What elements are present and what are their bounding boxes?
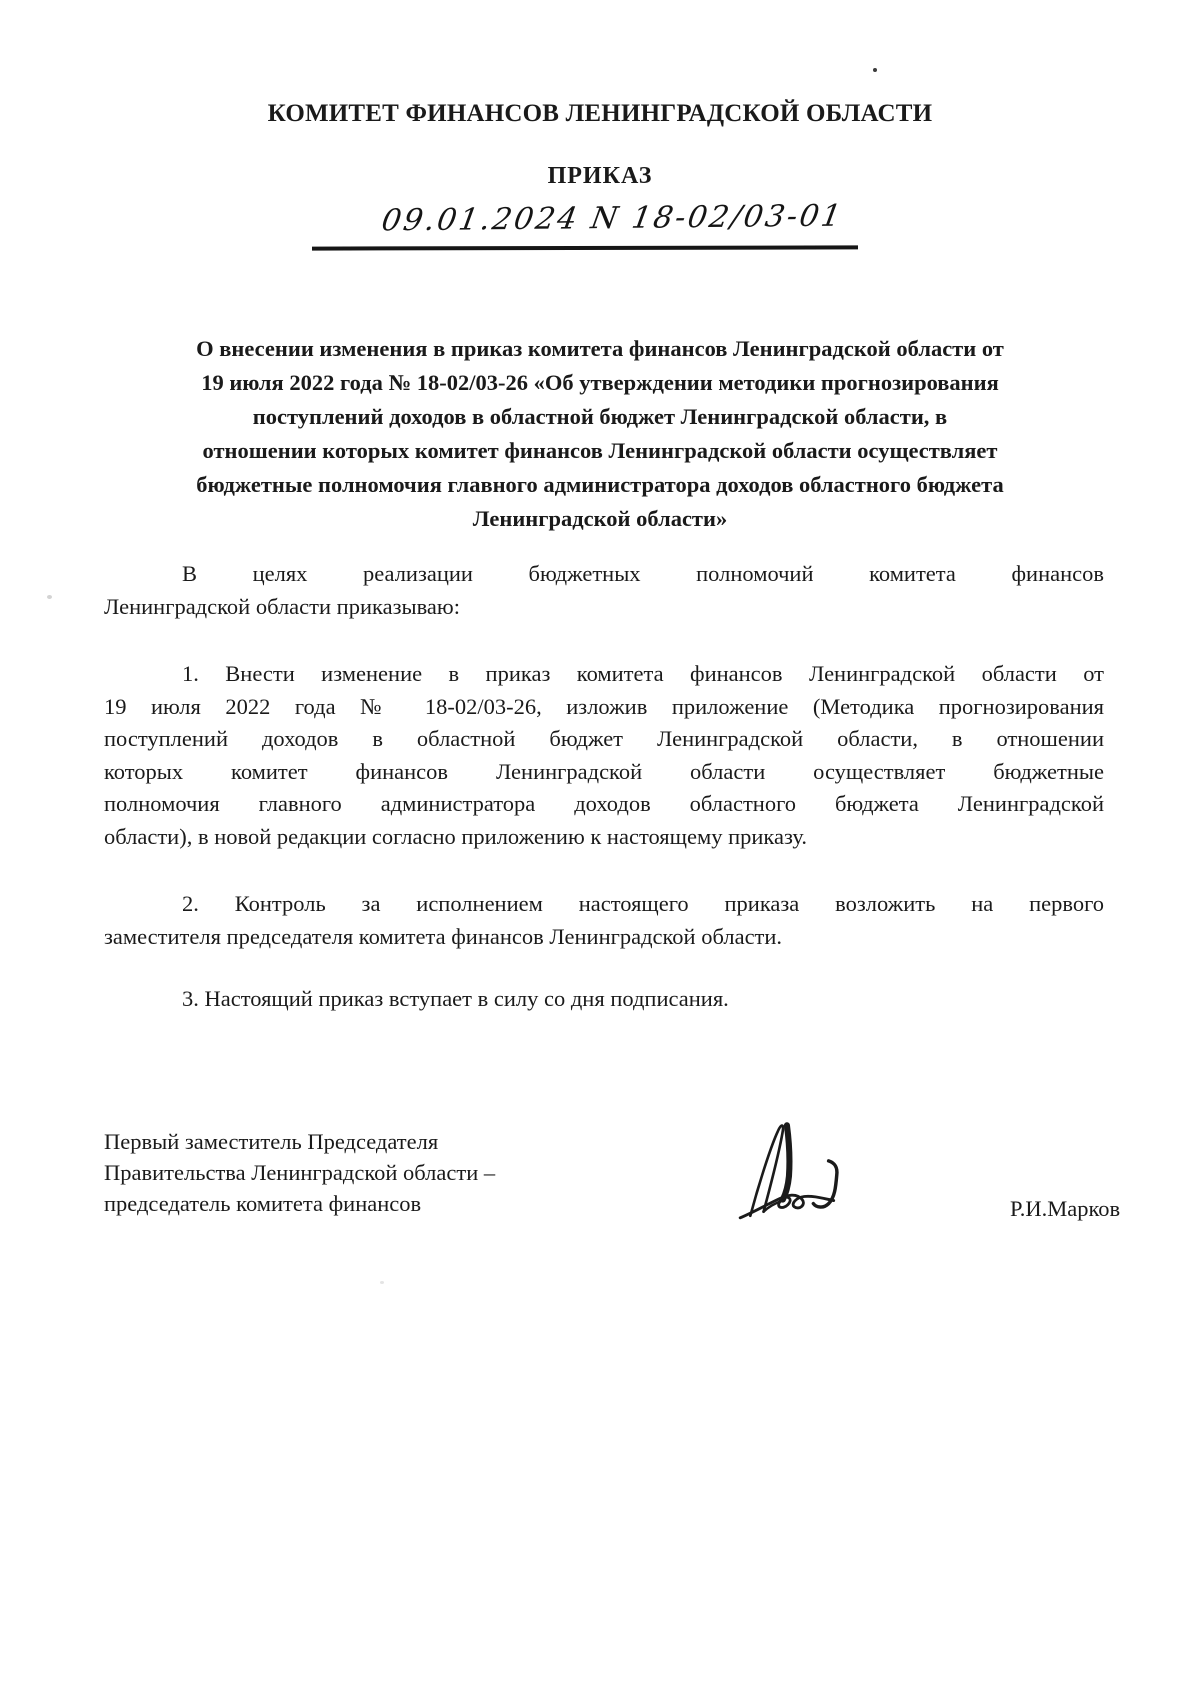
subject-line: бюджетные полномочия главного администра… [100,468,1100,502]
document-page: КОМИТЕТ ФИНАНСОВ ЛЕНИНГРАДСКОЙ ОБЛАСТИ П… [0,0,1200,1695]
paragraph-line: которых комитет финансов Ленинградской о… [104,756,1104,789]
signatory-position-line: Первый заместитель Председателя [104,1126,644,1157]
handwritten-date-number: 09.01.2024 N 18-02/03-01 [337,198,889,239]
paragraph-line: 19 июля 2022 года № 18-02/03-26, изложив… [104,691,1104,724]
paragraph-line: Ленинградской области приказываю: [104,591,1104,624]
order-item-1: 1. Внести изменение в приказ комитета фи… [104,658,1104,853]
paragraph-line: области), в новой редакции согласно прил… [104,821,1104,854]
paragraph-line: 3. Настоящий приказ вступает в силу со д… [104,983,1104,1016]
paragraph-line: заместителя председателя комитета финанс… [104,921,1104,954]
org-title: КОМИТЕТ ФИНАНСОВ ЛЕНИНГРАДСКОЙ ОБЛАСТИ [0,100,1200,128]
doc-type-title: ПРИКАЗ [0,163,1200,190]
signatory-name: Р.И.Марков [1010,1196,1180,1222]
scan-artifact-dot [380,1281,384,1284]
date-underline [312,245,858,250]
signatory-position-line: председатель комитета финансов [104,1188,644,1219]
subject-line: О внесении изменения в приказ комитета ф… [100,332,1100,366]
preamble-paragraph: В целях реализации бюджетных полномочий … [104,558,1104,623]
signatory-position-line: Правительства Ленинградской области – [104,1157,644,1188]
paragraph-line: 1. Внести изменение в приказ комитета фи… [104,658,1104,691]
subject-line: Ленинградской области» [100,502,1100,536]
subject-line: отношении которых комитет финансов Ленин… [100,434,1100,468]
paragraph-line: полномочия главного администратора доход… [104,788,1104,821]
signature-scribble [730,1112,852,1222]
subject-heading: О внесении изменения в приказ комитета ф… [100,332,1100,536]
order-item-2: 2. Контроль за исполнением настоящего пр… [104,888,1104,953]
subject-line: 19 июля 2022 года № 18-02/03-26 «Об утве… [100,366,1100,400]
paragraph-line: поступлений доходов в областной бюджет Л… [104,723,1104,756]
paragraph-line: В целях реализации бюджетных полномочий … [104,558,1104,591]
scan-artifact-dot [873,68,877,72]
order-item-3: 3. Настоящий приказ вступает в силу со д… [104,983,1104,1016]
paragraph-line: 2. Контроль за исполнением настоящего пр… [104,888,1104,921]
subject-line: поступлений доходов в областной бюджет Л… [100,400,1100,434]
scan-artifact-dot [47,595,52,599]
signatory-position: Первый заместитель Председателя Правител… [104,1126,644,1219]
